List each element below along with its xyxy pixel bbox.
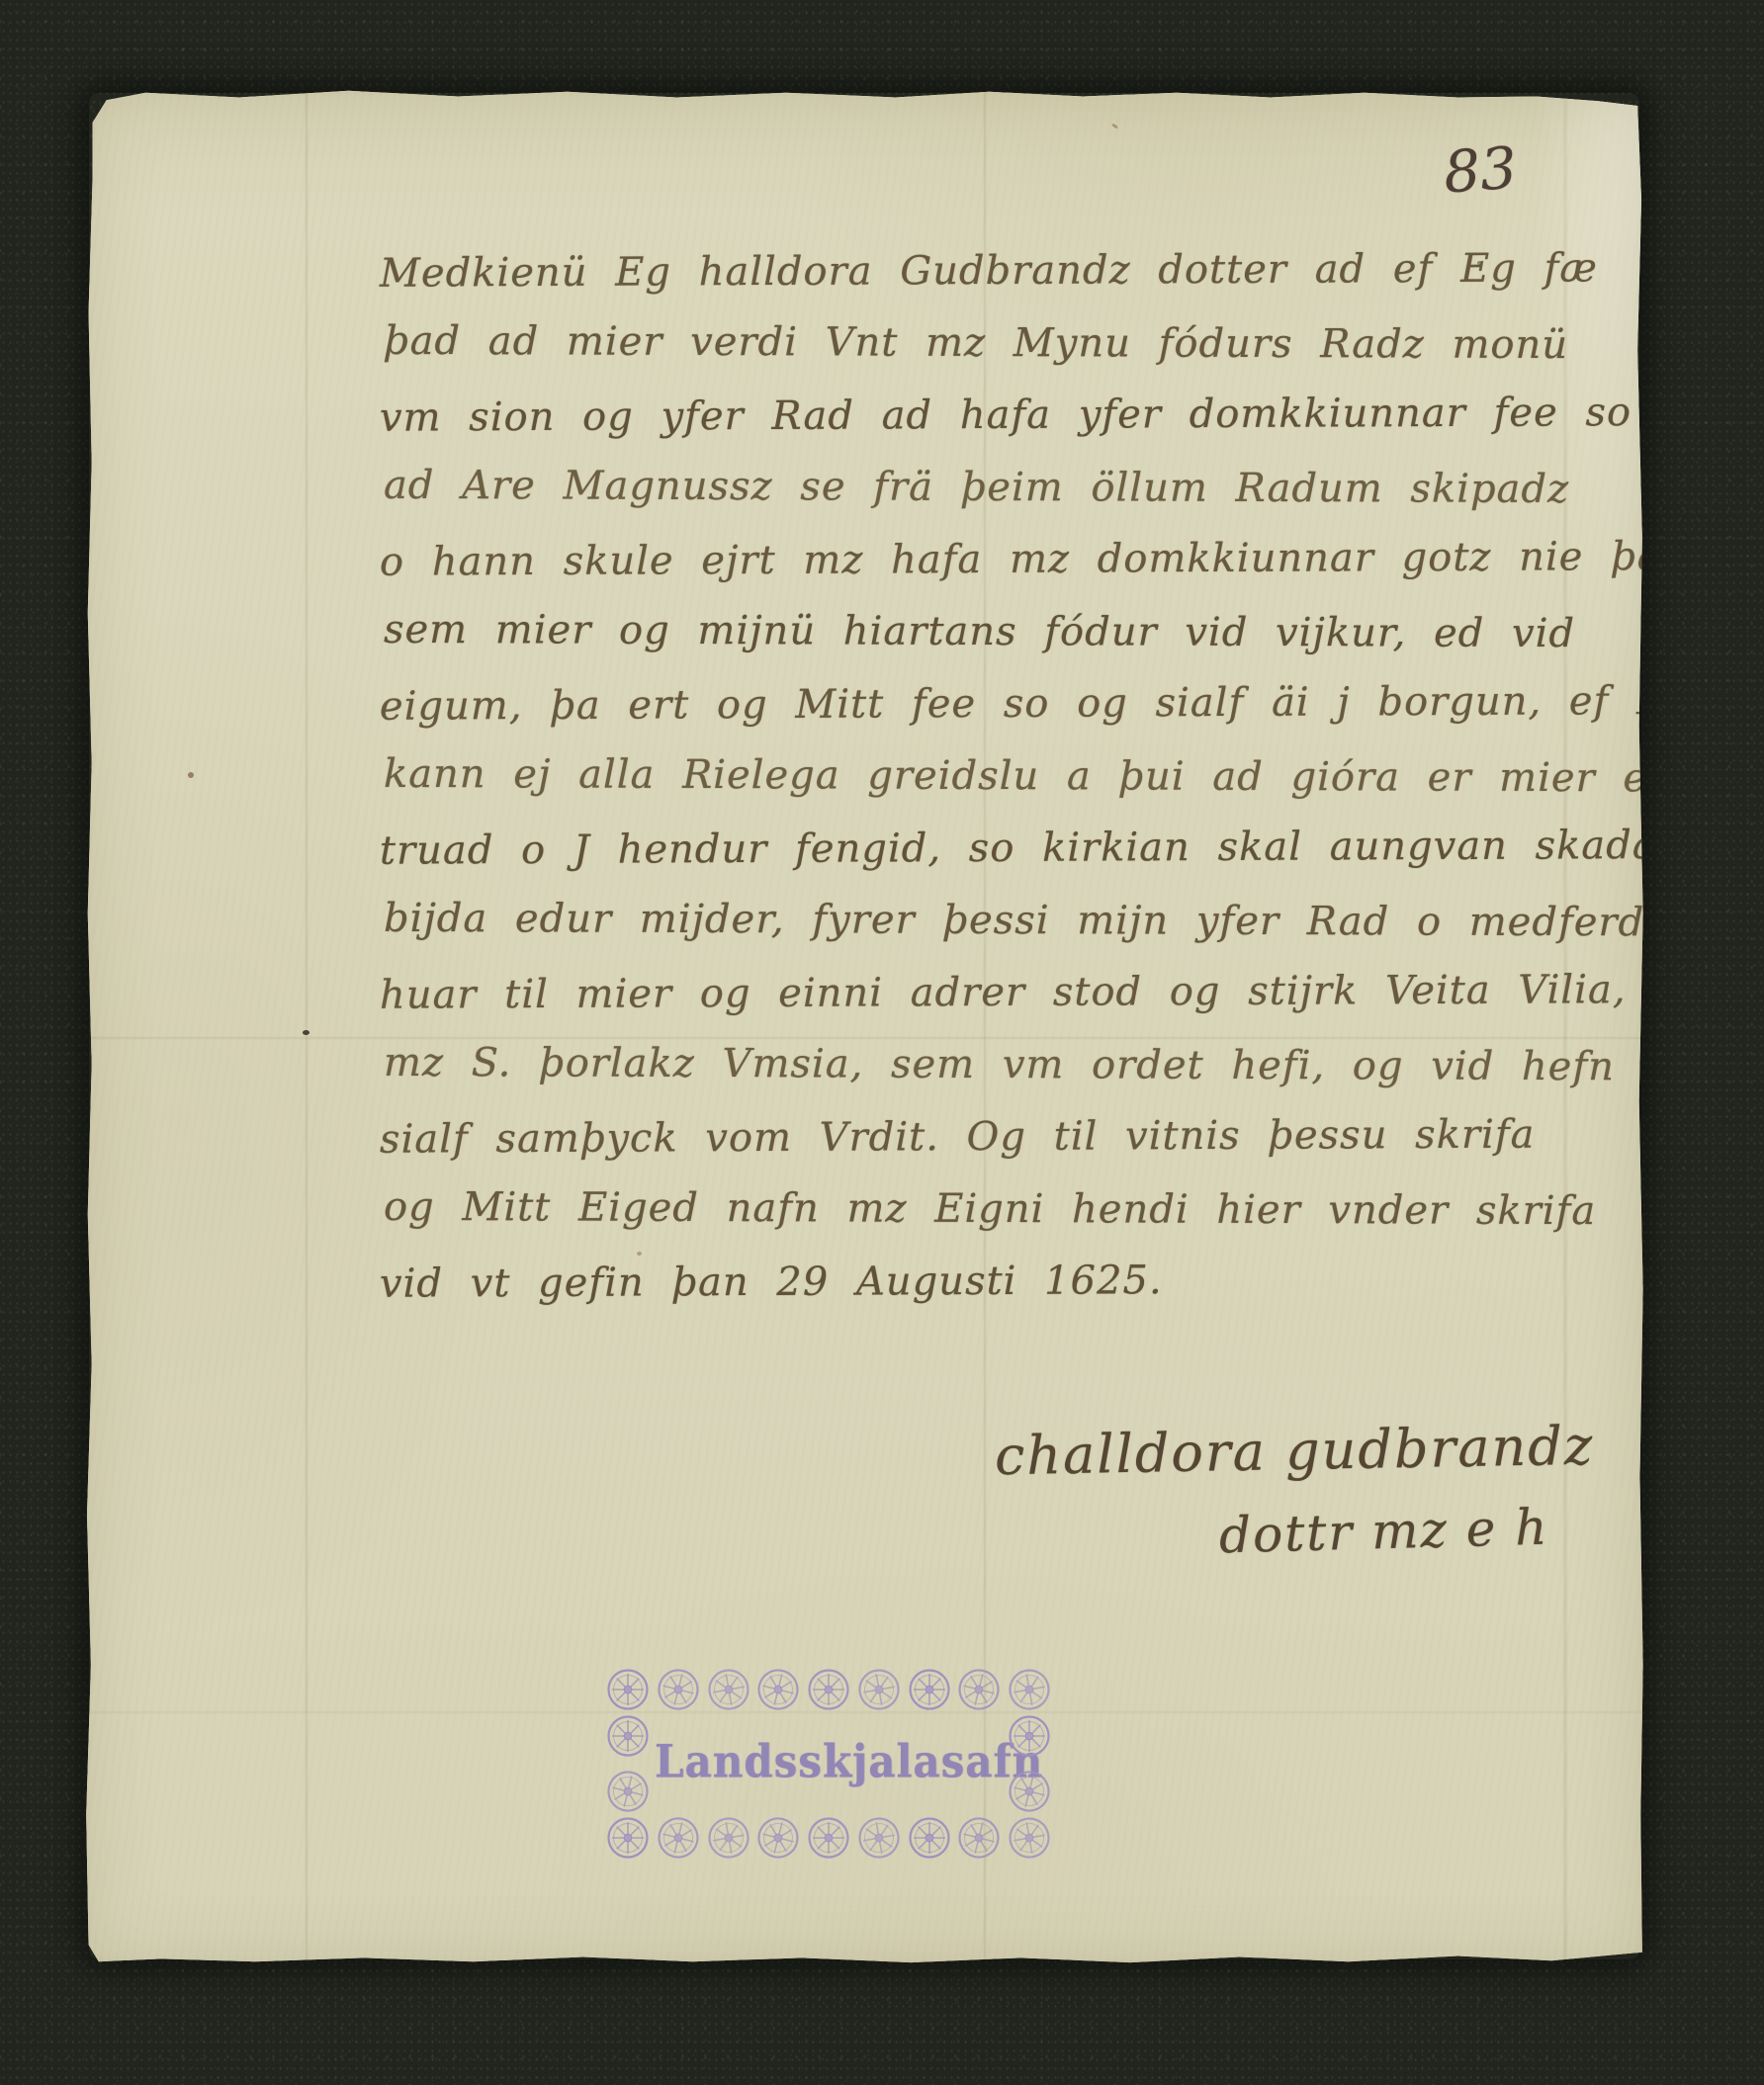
manuscript-line: o hann skule ejrt mz hafa mz domkkiunnar… [380, 521, 1601, 598]
rosette-stamp-icon [958, 1817, 1000, 1859]
rosette-stamp-icon [1009, 1817, 1050, 1859]
rosette-stamp-icon [1009, 1715, 1050, 1757]
rosette-stamp-icon [858, 1817, 900, 1859]
manuscript-page: 83 Medkienü Eg halldora Gudbrandz dotter… [83, 87, 1645, 1965]
manuscript-line: þad ad mier verdi Vnt mz Mynu fódurs Rad… [384, 305, 1605, 382]
rosette-stamp-icon [708, 1669, 750, 1710]
stamp-rosette-column-left [607, 1715, 649, 1812]
fold-crease-vertical [305, 87, 309, 1965]
manuscript-line: Medkienü Eg halldora Gudbrandz dotter ad… [380, 232, 1601, 309]
rosette-stamp-icon [708, 1817, 750, 1859]
rosette-stamp-icon [858, 1669, 900, 1710]
page-number: 83 [1394, 130, 1566, 210]
stamp-rosette-column-right [1009, 1715, 1050, 1812]
manuscript-line: huar til mier og einni adrer stod og sti… [380, 954, 1601, 1031]
archive-stamp-text: Landsskjalasafn [655, 1736, 1003, 1788]
archive-stamp: Landsskjalasafn [607, 1669, 1050, 1859]
manuscript-line: truad o J hendur fengid, so kirkian skal… [380, 810, 1601, 887]
rosette-stamp-icon [958, 1669, 1000, 1710]
signature-patronym-line: dottr mz e h [1218, 1499, 1549, 1565]
paper-blemish [303, 1030, 309, 1035]
paper-blemish [188, 772, 194, 778]
stamp-rosette-row-top [607, 1669, 1050, 1710]
archive-scan-backdrop: 83 Medkienü Eg halldora Gudbrandz dotter… [0, 0, 1764, 2085]
manuscript-line: ad Are Magnussz se frä þeim öllum Radum … [384, 450, 1605, 526]
rosette-stamp-icon [1009, 1669, 1050, 1710]
rosette-stamp-icon [658, 1669, 699, 1710]
manuscript-line: mz S. þorlakz Vmsia, sem vm ordet hefi, … [384, 1027, 1605, 1103]
rosette-stamp-icon [607, 1771, 649, 1812]
rosette-stamp-icon [607, 1669, 649, 1710]
rosette-stamp-icon [1009, 1771, 1050, 1812]
rosette-stamp-icon [909, 1669, 950, 1710]
stamp-rosette-row-bottom [607, 1817, 1050, 1859]
manuscript-line: eigum, þa ert og Mitt fee so og sialf äi… [380, 665, 1601, 742]
rosette-stamp-icon [757, 1669, 799, 1710]
rosette-stamp-icon [757, 1817, 799, 1859]
paper-blemish [1111, 123, 1118, 129]
rosette-stamp-icon [607, 1817, 649, 1859]
manuscript-line: kann ej alla Rielega greidslu a þui ad g… [384, 738, 1605, 815]
rosette-stamp-icon [808, 1817, 849, 1859]
signature-name-line: challdora gudbrandz [994, 1415, 1594, 1488]
manuscript-line: og Mitt Eiged nafn mz Eigni hendi hier v… [384, 1172, 1605, 1248]
rosette-stamp-icon [607, 1715, 649, 1757]
rosette-stamp-icon [658, 1817, 699, 1859]
manuscript-line: vid vt gefin þan 29 Augusti 1625. [380, 1243, 1601, 1320]
manuscript-line: sem mier og mijnü hiartans fódur vid vij… [384, 594, 1605, 670]
manuscript-text-block: Medkienü Eg halldora Gudbrandz dotter ad… [380, 235, 1601, 1318]
rosette-stamp-icon [909, 1817, 950, 1859]
manuscript-line: vm sion og yfer Rad ad hafa yfer domkkiu… [380, 377, 1601, 454]
rosette-stamp-icon [808, 1669, 849, 1710]
manuscript-line: sialf samþyck vom Vrdit. Og til vitnis þ… [380, 1098, 1601, 1175]
manuscript-line: bijda edur mijder, fyrer þessi mijn yfer… [384, 883, 1605, 959]
